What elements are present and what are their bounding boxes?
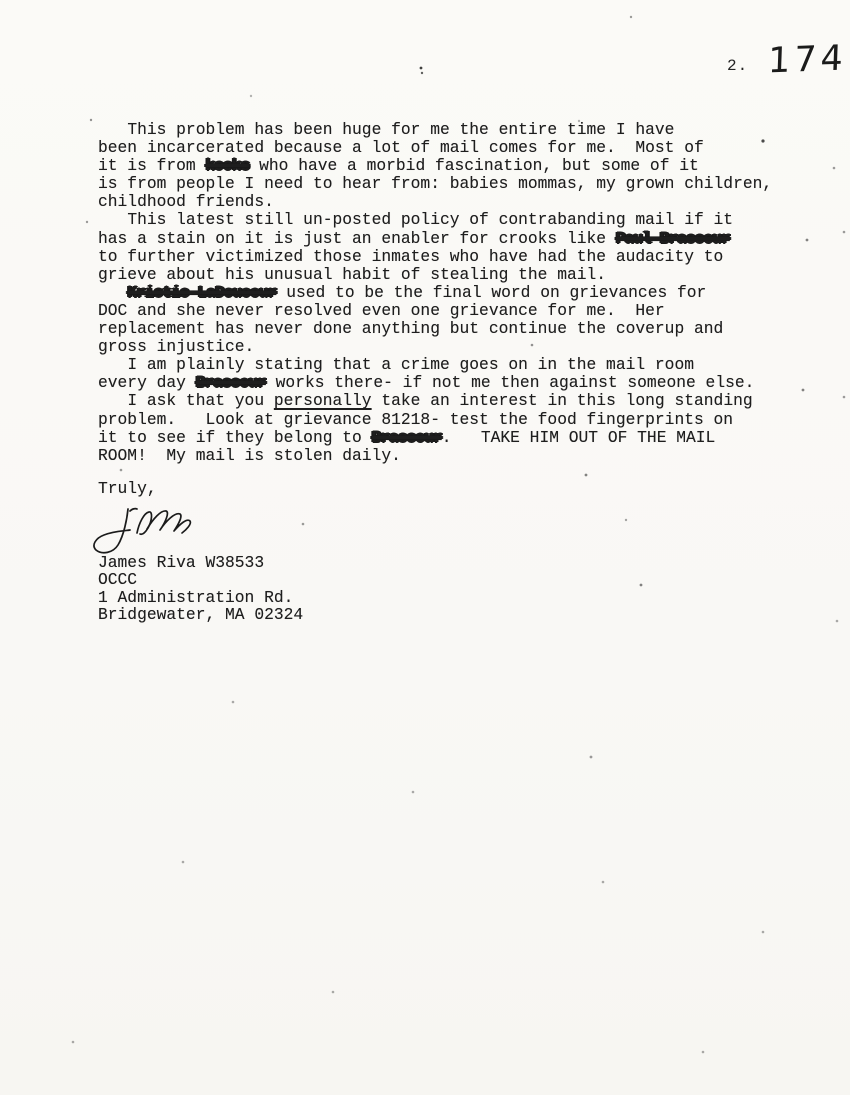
paragraph-text: to further victimized those inmates who …: [98, 247, 723, 284]
redacted-name: kooks: [205, 156, 249, 175]
handwritten-page-number: 174: [767, 39, 847, 82]
sender-name: James Riva W38533: [98, 554, 303, 571]
signature-block: James Riva W38533 OCCC 1 Administration …: [98, 554, 303, 624]
sender-address-street: 1 Administration Rd.: [98, 589, 303, 606]
handwritten-signature: [90, 497, 220, 559]
scanned-letter-page: 2. 174 This problem has been huge for me…: [0, 0, 850, 1095]
redacted-name: Brasseur: [196, 373, 266, 392]
scan-noise-specks: [0, 0, 2, 2]
paragraph-text: [98, 283, 127, 302]
underlined-word: personally: [274, 391, 372, 410]
letter-body: This problem has been huge for me the en…: [98, 121, 818, 465]
paragraph-1: This problem has been huge for me the en…: [98, 121, 818, 211]
redacted-name: Brasseur: [372, 428, 442, 447]
paragraph-text: works there- if not me then against some…: [266, 373, 755, 392]
sender-facility: OCCC: [98, 571, 303, 588]
paragraph-3: Kristie LaDouceur used to be the final w…: [98, 284, 818, 356]
paragraph-2: This latest still un-posted policy of co…: [98, 211, 818, 283]
sender-address-city: Bridgewater, MA 02324: [98, 606, 303, 623]
closing-salutation: Truly,: [98, 479, 157, 498]
redacted-name: Paul Brasseur: [616, 229, 730, 248]
redacted-name: Kristie LaDouceur: [127, 283, 276, 302]
typed-page-number: 2.: [727, 57, 748, 75]
paragraph-5: I ask that you personally take an intere…: [98, 392, 818, 464]
paragraph-4: I am plainly stating that a crime goes o…: [98, 356, 818, 392]
paragraph-text: I ask that you: [98, 391, 274, 410]
